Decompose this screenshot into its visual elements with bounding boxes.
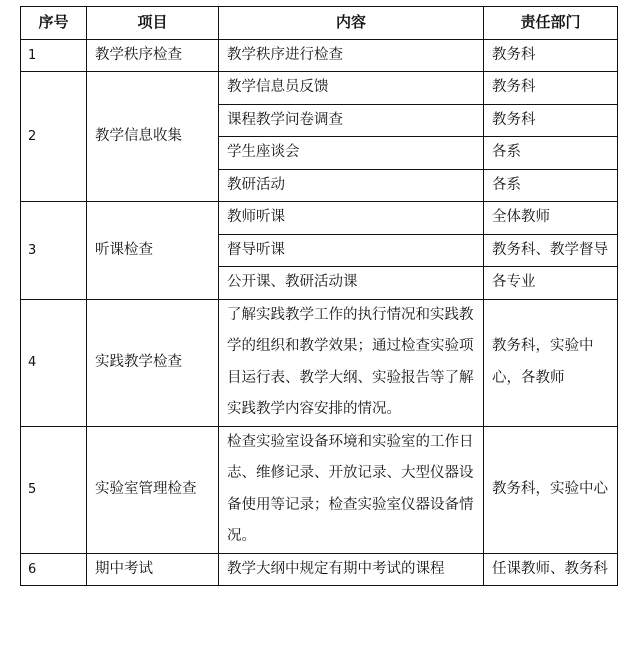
row-item: 教学信息收集 <box>87 72 219 202</box>
row-number: 2 <box>21 72 87 202</box>
table-row: 6 期中考试 教学大纲中规定有期中考试的课程 任课教师、教务科 <box>21 553 618 586</box>
row-content: 教学秩序进行检查 <box>219 39 484 72</box>
table-row: 3 听课检查 教师听课 全体教师 <box>21 202 618 235</box>
header-row: 序号 项目 内容 责任部门 <box>21 7 618 40</box>
header-content: 内容 <box>219 7 484 40</box>
row-item: 听课检查 <box>87 202 219 300</box>
row-number: 3 <box>21 202 87 300</box>
row-content: 督导听课 <box>219 234 484 267</box>
inspection-table: 序号 项目 内容 责任部门 1 教学秩序检查 教学秩序进行检查 教务科 2 教学… <box>20 6 618 586</box>
row-item: 期中考试 <box>87 553 219 586</box>
row-content: 教学大纲中规定有期中考试的课程 <box>219 553 484 586</box>
row-content: 教师听课 <box>219 202 484 235</box>
row-content: 课程教学问卷调查 <box>219 104 484 137</box>
table-row: 4 实践教学检查 了解实践教学工作的执行情况和实践教学的组织和教学效果；通过检查… <box>21 299 618 426</box>
row-content: 检查实验室设备环境和实验室的工作日志、维修记录、开放记录、大型仪器设备使用等记录… <box>219 426 484 553</box>
row-number: 6 <box>21 553 87 586</box>
row-content: 了解实践教学工作的执行情况和实践教学的组织和教学效果；通过检查实验项目运行表、教… <box>219 299 484 426</box>
header-dept: 责任部门 <box>484 7 618 40</box>
row-number: 1 <box>21 39 87 72</box>
row-content: 学生座谈会 <box>219 137 484 170</box>
row-dept: 任课教师、教务科 <box>484 553 618 586</box>
header-item: 项目 <box>87 7 219 40</box>
row-dept: 教务科，实验中心，各教师 <box>484 299 618 426</box>
header-no: 序号 <box>21 7 87 40</box>
row-number: 5 <box>21 426 87 553</box>
row-dept: 各系 <box>484 169 618 202</box>
row-number: 4 <box>21 299 87 426</box>
row-dept: 各专业 <box>484 267 618 300</box>
table-row: 1 教学秩序检查 教学秩序进行检查 教务科 <box>21 39 618 72</box>
row-item: 实验室管理检查 <box>87 426 219 553</box>
row-content: 公开课、教研活动课 <box>219 267 484 300</box>
row-item: 教学秩序检查 <box>87 39 219 72</box>
row-dept: 教务科 <box>484 104 618 137</box>
row-dept: 教务科 <box>484 72 618 105</box>
row-dept: 教务科 <box>484 39 618 72</box>
row-dept: 教务科，实验中心 <box>484 426 618 553</box>
row-item: 实践教学检查 <box>87 299 219 426</box>
row-dept: 教务科、教学督导 <box>484 234 618 267</box>
table-row: 5 实验室管理检查 检查实验室设备环境和实验室的工作日志、维修记录、开放记录、大… <box>21 426 618 553</box>
row-content: 教学信息员反馈 <box>219 72 484 105</box>
row-dept: 各系 <box>484 137 618 170</box>
table-row: 2 教学信息收集 教学信息员反馈 教务科 <box>21 72 618 105</box>
row-dept: 全体教师 <box>484 202 618 235</box>
row-content: 教研活动 <box>219 169 484 202</box>
